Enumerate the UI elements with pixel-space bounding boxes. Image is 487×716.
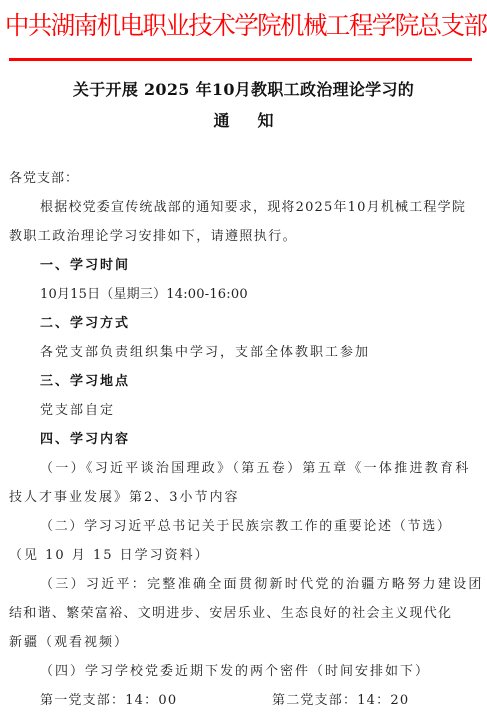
red-divider-rule — [9, 58, 472, 61]
section-content-method: 各党支部负责组织集中学习，支部全体教职工参加 — [40, 344, 370, 362]
notice-title-word: 通知 — [0, 110, 487, 132]
notice-title: 关于开展 2025 年10月教职工政治理论学习的 — [0, 79, 487, 101]
title-char-1: 通 — [213, 110, 229, 132]
study-item-3-line2: 结和谐、繁荣富裕、文明进步、安居乐业、生态良好的社会主义现代化 — [9, 605, 452, 623]
section-heading-method: 二、学习方式 — [40, 315, 130, 333]
study-item-1-line1: （一）《习近平谈治国理政》（第五卷）第五章《一体推进教育科 — [40, 460, 471, 478]
study-item-1-line2: 技人才事业发展》第2、3小节内容 — [9, 489, 240, 507]
schedule-branch-2: 第二党支部：14：20 — [272, 692, 409, 710]
section-heading-time: 一、学习时间 — [40, 257, 130, 275]
salutation: 各党支部： — [9, 170, 79, 188]
study-item-2-line2: （见 10 月 15 日学习资料） — [9, 547, 210, 565]
section-heading-content: 四、学习内容 — [40, 431, 130, 449]
study-item-4-line1: （四）学习学校党委近期下发的两个密件（时间安排如下） — [40, 663, 430, 681]
study-item-3-line1: （三）习近平：完整准确全面贯彻新时代党的治疆方略努力建设团 — [40, 576, 484, 594]
masthead-organization: 中共湖南机电职业技术学院机械工程学院总支部委员会 — [5, 6, 482, 46]
study-item-3-line3: 新疆（观看视频） — [9, 634, 129, 652]
section-content-location: 党支部自定 — [40, 402, 115, 420]
section-heading-location: 三、学习地点 — [40, 373, 130, 391]
intro-paragraph-line2: 教职工政治理论学习安排如下，请遵照执行。 — [9, 228, 297, 246]
study-item-2-line1: （二）学习习近平总书记关于民族宗教工作的重要论述（节选） — [40, 518, 452, 536]
title-char-2: 知 — [258, 110, 274, 132]
schedule-branch-1: 第一党支部：14：00 — [40, 692, 177, 710]
intro-paragraph-line1: 根据校党委宣传统战部的通知要求，现将2025年10月机械工程学院 — [40, 199, 466, 217]
section-content-time: 10月15日（星期三）14:00-16:00 — [40, 286, 248, 304]
